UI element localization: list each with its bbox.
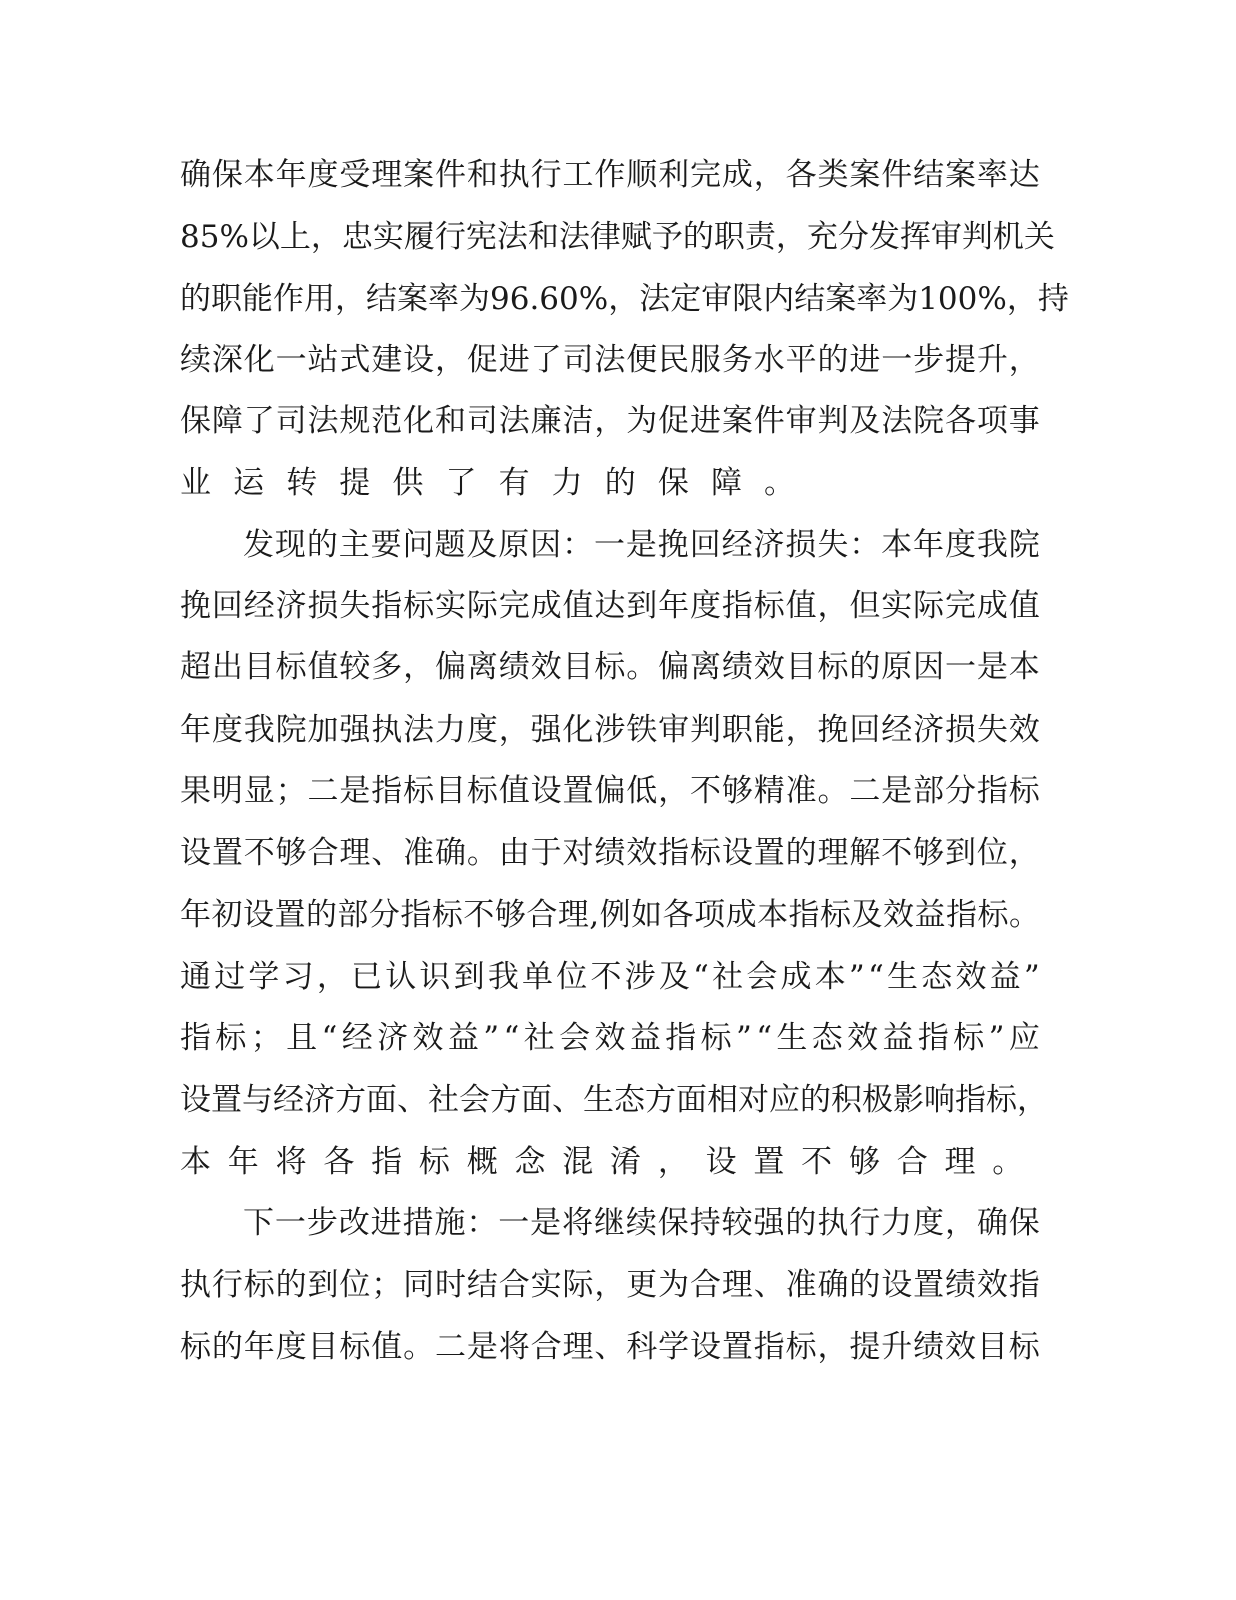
text-line: 超出目标值较多，偏离绩效目标。偏离绩效目标的原因一是本 (180, 636, 1040, 698)
text-line: 挽回经济损失指标实际完成值达到年度指标值，但实际完成值 (180, 575, 1040, 637)
text-line: 设置与经济方面、社会方面、生态方面相对应的积极影响指标， (180, 1069, 1040, 1131)
text-line: 发现的主要问题及原因：一是挽回经济损失：本年度我院 (243, 514, 1040, 576)
text-line: 执行标的到位；同时结合实际，更为合理、准确的设置绩效指 (180, 1254, 1040, 1316)
text-line: 的职能作用，结案率为96.60%，法定审限内结案率为100%，持 (180, 268, 1040, 330)
text-line: 续深化一站式建设，促进了司法便民服务水平的进一步提升， (180, 329, 1040, 391)
text-line: 年初设置的部分指标不够合理,例如各项成本指标及效益指标。 (180, 884, 1040, 946)
text-line: 保障了司法规范化和司法廉洁，为促进案件审判及法院各项事 (180, 390, 1040, 452)
text-line: 确保本年度受理案件和执行工作顺利完成，各类案件结案率达 (180, 144, 1040, 206)
text-line: 年度我院加强执法力度，强化涉铁审判职能，挽回经济损失效 (180, 699, 1040, 761)
text-line: 果明显；二是指标目标值设置偏低，不够精准。二是部分指标 (180, 760, 1040, 822)
text-line: 下一步改进措施：一是将继续保持较强的执行力度，确保 (243, 1192, 1040, 1254)
text-line: 设置不够合理、准确。由于对绩效指标设置的理解不够到位， (180, 822, 1040, 884)
text-line: 标的年度目标值。二是将合理、科学设置指标，提升绩效目标 (180, 1316, 1040, 1378)
document-page: 确保本年度受理案件和执行工作顺利完成，各类案件结案率达 85%以上，忠实履行宪法… (0, 0, 1236, 1600)
text-line: 本年将各指标概念混淆，设置不够合理。 (180, 1131, 1040, 1193)
text-line: 85%以上，忠实履行宪法和法律赋予的职责，充分发挥审判机关 (180, 206, 1040, 268)
text-line: 业运转提供了有力的保障。 (180, 452, 1040, 514)
text-line: 通过学习，已认识到我单位不涉及“社会成本”“生态效益” (180, 946, 1040, 1008)
text-line: 指标；且“经济效益”“社会效益指标”“生态效益指标”应 (180, 1007, 1040, 1069)
